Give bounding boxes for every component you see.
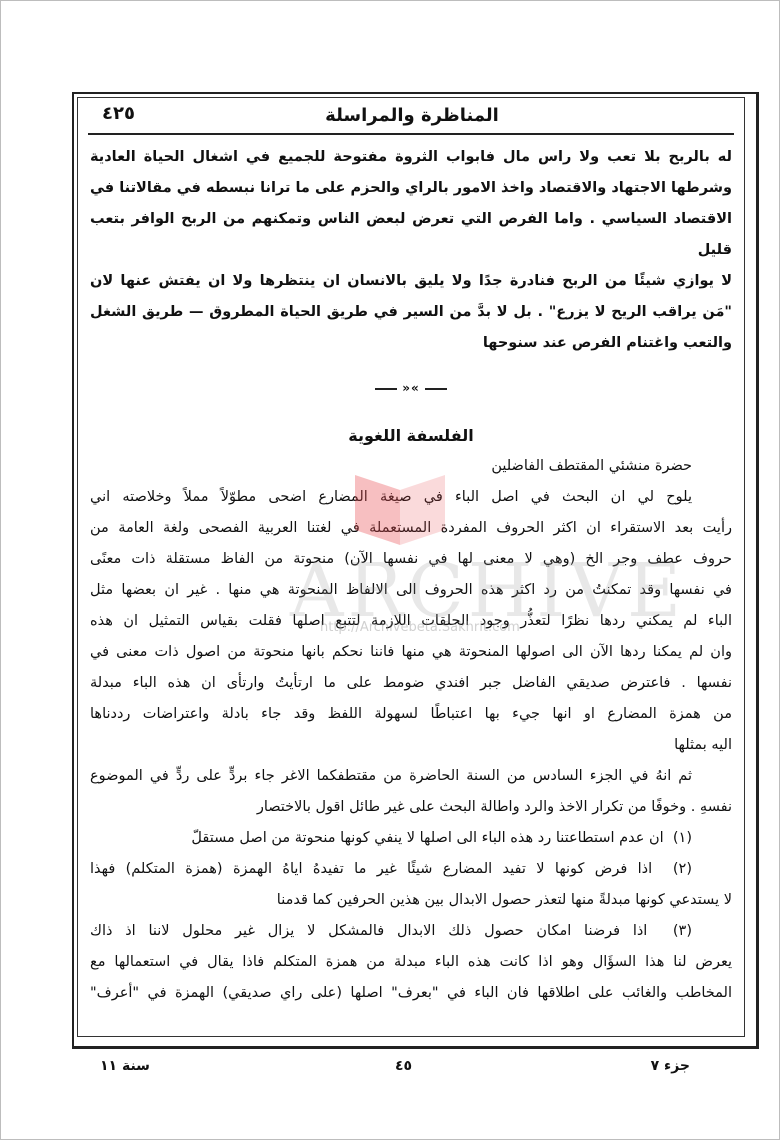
page-footer: جزء ٧ ٤٥ سنة ١١	[90, 1058, 730, 1082]
header-rule	[88, 133, 734, 135]
article-title: الفلسفة اللغوية	[90, 420, 732, 451]
text-line: الاقتصاد السياسي . واما الفرص التي تعرض …	[90, 204, 732, 266]
text-line: رأيت بعد الاستقراء ان اكثر الحروف المفرد…	[90, 513, 732, 544]
text-line: له بالربح بلا تعب ولا راس مال فابواب الث…	[90, 142, 732, 173]
list-item-3-continuation: يعرض لنا هذا السؤَال وهو اذا كانت هذه ال…	[90, 947, 732, 978]
list-text: اذا فرض كونها لا تفيد المضارع شيئًا غير …	[90, 861, 652, 877]
text-line: ثم انهُ في الجزء السادس من السنة الحاضرة…	[90, 761, 732, 792]
text-line: لا يوازي شيئًا من الربح فنادرة جدًا ولا …	[90, 266, 732, 297]
text-line: يلوح لي ان البحث في اصل الباء في صيغة ال…	[90, 482, 732, 513]
text-line: من همزة المضارع او انها جيء بها اعتباطًا…	[90, 699, 732, 730]
list-item-1: (١) ان عدم استطاعتنا رد هذه الباء الى اص…	[90, 823, 732, 854]
list-marker: (٢)	[673, 861, 692, 877]
article-salutation: حضرة منشئي المقتطف الفاضلين	[90, 451, 732, 482]
text-line: وان لم يمكنا ردها الآن الى اصولها المنحو…	[90, 637, 732, 668]
footer-page-number: ٤٥	[395, 1058, 412, 1074]
list-item-3-continuation: المخاطب والغائب على اطلاقها فان الباء في…	[90, 978, 732, 1009]
text-line: "مَن يراقب الريح لا يزرع" . بل لا بدَّ م…	[90, 297, 732, 328]
list-marker: (٣)	[673, 923, 692, 939]
footer-part-number: جزء ٧	[651, 1058, 690, 1074]
article-paragraph-1: يلوح لي ان البحث في اصل الباء في صيغة ال…	[90, 482, 732, 761]
text-line: وشرطها الاجتهاد والاقتصاد واخذ الامور با…	[90, 173, 732, 204]
text-line: والتعب واغتنام الفرص عند سنوحها	[90, 328, 732, 359]
text-line: في نفسها وقد تمكنتُ من رد اكثر هذه الحرو…	[90, 575, 732, 606]
text-line: اليه بمثلها	[90, 730, 732, 761]
list-text: اذا فرضنا امكان حصول ذلك الابدال فالمشكل…	[90, 923, 647, 939]
list-item-2: (٢) اذا فرض كونها لا تفيد المضارع شيئًا …	[90, 854, 732, 885]
text-line: نفسهِ . وخوفًا من تكرار الاخذ والرد واطا…	[90, 792, 732, 823]
footer-year: سنة ١١	[100, 1058, 150, 1074]
text-line: حروف عطف وجر الخ (وهي لا معنى لها في نفس…	[90, 544, 732, 575]
running-header: المناظرة والمراسلة ٤٢٥	[88, 100, 736, 130]
list-text: ان عدم استطاعتنا رد هذه الباء الى اصلها …	[191, 830, 663, 846]
list-item-2-continuation: لا يستدعي كونها مبدلةً منها لتعذر حصول ا…	[90, 885, 732, 916]
section-separator-ornament: ——⪢⪡—— »«	[90, 373, 732, 404]
text-line: نفسها . فاعترض صديقي الفاضل جبر افندي ضو…	[90, 668, 732, 699]
running-header-title: المناظرة والمراسلة	[325, 105, 499, 126]
text-line: الباء لم يمكني ردها نظرًا لتعذُّر وجود ا…	[90, 606, 732, 637]
page-number: ٤٢٥	[102, 103, 135, 124]
article-tail: له بالربح بلا تعب ولا راس مال فابواب الث…	[90, 142, 732, 359]
numbered-list: (١) ان عدم استطاعتنا رد هذه الباء الى اص…	[90, 823, 732, 1009]
article-paragraph-2: ثم انهُ في الجزء السادس من السنة الحاضرة…	[90, 761, 732, 823]
page-body: له بالربح بلا تعب ولا راس مال فابواب الث…	[90, 142, 732, 1009]
list-item-3: (٣) اذا فرضنا امكان حصول ذلك الابدال فال…	[90, 916, 732, 947]
list-marker: (١)	[673, 830, 692, 846]
